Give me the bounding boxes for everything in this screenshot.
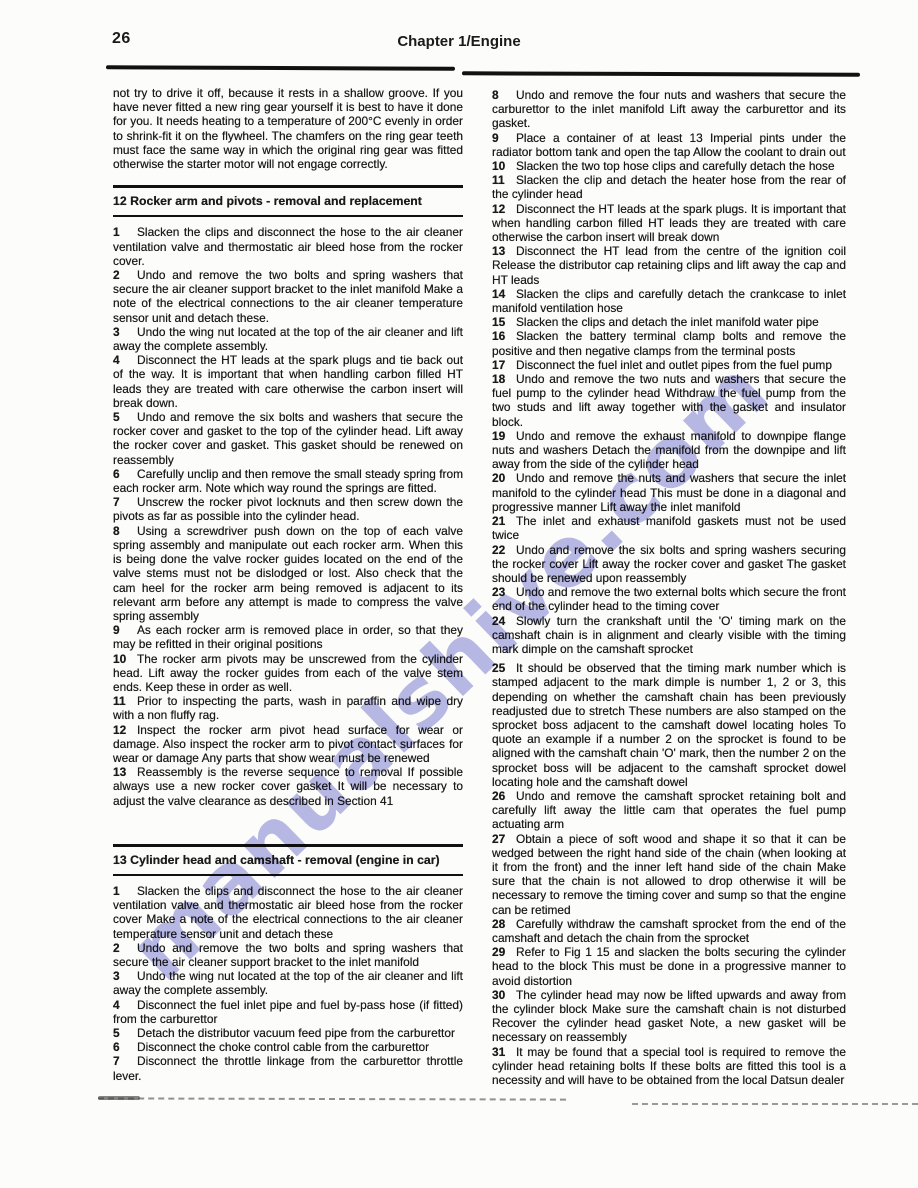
step-paragraph: 4Disconnect the fuel inlet pipe and fuel… bbox=[113, 998, 463, 1026]
step-text: Slacken the clips and detach the inlet m… bbox=[516, 315, 819, 329]
step-number: 5 bbox=[113, 1026, 137, 1040]
step-paragraph: 29Refer to Fig 1 15 and slacken the bolt… bbox=[492, 945, 846, 988]
step-paragraph: 28Carefully withdraw the camshaft sprock… bbox=[492, 917, 846, 945]
scan-smudge-blob bbox=[98, 1096, 140, 1100]
step-paragraph: 8Using a screwdriver push down on the to… bbox=[113, 524, 463, 623]
step-text: Disconnect the fuel inlet and outlet pip… bbox=[516, 358, 832, 372]
step-paragraph: 5Detach the distributor vacuum feed pipe… bbox=[113, 1026, 463, 1040]
step-number: 29 bbox=[492, 945, 516, 959]
step-paragraph: 26Undo and remove the camshaft sprocket … bbox=[492, 789, 846, 832]
step-number: 3 bbox=[113, 325, 137, 339]
step-text: Unscrew the rocker pivot locknuts and th… bbox=[113, 495, 463, 523]
step-number: 6 bbox=[113, 1040, 137, 1054]
step-text: Using a screwdriver push down on the top… bbox=[113, 524, 463, 623]
step-number: 20 bbox=[492, 471, 516, 485]
header-rule-right bbox=[462, 71, 860, 76]
step-text: Place a container of at least 13 Imperia… bbox=[492, 131, 846, 159]
step-text: The cylinder head may now be lifted upwa… bbox=[492, 988, 846, 1045]
step-number: 1 bbox=[113, 884, 137, 898]
step-number: 7 bbox=[113, 495, 137, 509]
step-number: 9 bbox=[113, 623, 137, 637]
step-paragraph: 13Disconnect the HT lead from the centre… bbox=[492, 244, 846, 287]
step-paragraph: 7Unscrew the rocker pivot locknuts and t… bbox=[113, 495, 463, 523]
step-number: 10 bbox=[113, 652, 137, 666]
step-paragraph: 3Undo the wing nut located at the top of… bbox=[113, 325, 463, 353]
step-text: Slacken the clips and carefully detach t… bbox=[492, 287, 846, 315]
step-number: 7 bbox=[113, 1054, 137, 1068]
step-paragraph: 4Disconnect the HT leads at the spark pl… bbox=[113, 353, 463, 410]
step-paragraph: 31It may be found that a special tool is… bbox=[492, 1045, 846, 1088]
step-number: 30 bbox=[492, 988, 516, 1002]
step-number: 4 bbox=[113, 353, 137, 367]
step-number: 8 bbox=[492, 88, 516, 102]
step-number: 19 bbox=[492, 429, 516, 443]
step-paragraph: 17Disconnect the fuel inlet and outlet p… bbox=[492, 358, 846, 372]
step-number: 11 bbox=[492, 173, 516, 187]
step-text: Undo and remove the two bolts and spring… bbox=[113, 268, 463, 325]
intro-paragraph: not try to drive it off, because it rest… bbox=[113, 86, 463, 171]
step-paragraph: 25It should be observed that the timing … bbox=[492, 661, 846, 789]
step-paragraph: 2Undo and remove the two bolts and sprin… bbox=[113, 268, 463, 325]
step-text: Undo and remove the six bolts and washer… bbox=[113, 410, 463, 467]
step-paragraph: 8Undo and remove the four nuts and washe… bbox=[492, 88, 846, 131]
step-text: Carefully unclip and then remove the sma… bbox=[113, 467, 463, 495]
step-text: Disconnect the choke control cable from … bbox=[137, 1040, 429, 1054]
step-number: 5 bbox=[113, 410, 137, 424]
step-paragraph: 9Place a container of at least 13 Imperi… bbox=[492, 131, 846, 159]
step-number: 18 bbox=[492, 372, 516, 386]
step-number: 15 bbox=[492, 315, 516, 329]
step-paragraph: 14Slacken the clips and carefully detach… bbox=[492, 287, 846, 315]
step-paragraph: 11Slacken the clip and detach the heater… bbox=[492, 173, 846, 201]
step-number: 9 bbox=[492, 131, 516, 145]
scan-smudge-left bbox=[98, 1097, 566, 1100]
step-number: 2 bbox=[113, 268, 137, 282]
step-paragraph: 6Disconnect the choke control cable from… bbox=[113, 1040, 463, 1054]
step-number: 13 bbox=[492, 244, 516, 258]
header-rule-left bbox=[106, 65, 455, 71]
step-number: 21 bbox=[492, 514, 516, 528]
step-text: Disconnect the HT leads at the spark plu… bbox=[113, 353, 463, 410]
step-paragraph: 12Disconnect the HT leads at the spark p… bbox=[492, 202, 846, 245]
step-number: 16 bbox=[492, 329, 516, 343]
step-text: It should be observed that the timing ma… bbox=[492, 661, 846, 789]
step-number: 3 bbox=[113, 969, 137, 983]
step-number: 26 bbox=[492, 789, 516, 803]
step-text: Carefully withdraw the camshaft sprocket… bbox=[492, 917, 846, 945]
step-text: Detach the distributor vacuum feed pipe … bbox=[137, 1026, 455, 1040]
step-number: 11 bbox=[113, 694, 137, 708]
step-text: Disconnect the fuel inlet pipe and fuel … bbox=[113, 998, 463, 1026]
step-number: 31 bbox=[492, 1045, 516, 1059]
step-number: 28 bbox=[492, 917, 516, 931]
step-number: 6 bbox=[113, 467, 137, 481]
step-text: Disconnect the HT leads at the spark plu… bbox=[492, 202, 846, 244]
step-text: Disconnect the throttle linkage from the… bbox=[113, 1054, 463, 1082]
step-number: 27 bbox=[492, 832, 516, 846]
step-paragraph: 15Slacken the clips and detach the inlet… bbox=[492, 315, 846, 329]
step-paragraph: 16Slacken the battery terminal clamp bol… bbox=[492, 329, 846, 357]
chapter-title: Chapter 1/Engine bbox=[0, 33, 918, 50]
manual-page: 26 Chapter 1/Engine not try to drive it … bbox=[0, 0, 918, 1188]
step-number: 17 bbox=[492, 358, 516, 372]
step-number: 14 bbox=[492, 287, 516, 301]
section-12-heading: 12 Rocker arm and pivots - removal and r… bbox=[113, 185, 463, 217]
step-paragraph: 6Carefully unclip and then remove the sm… bbox=[113, 467, 463, 495]
step-text: Undo the wing nut located at the top of … bbox=[113, 325, 463, 353]
step-paragraph: 30The cylinder head may now be lifted up… bbox=[492, 988, 846, 1045]
step-number: 1 bbox=[113, 225, 137, 239]
step-number: 8 bbox=[113, 524, 137, 538]
step-text: Undo and remove the four nuts and washer… bbox=[492, 88, 846, 130]
step-text: Disconnect the HT lead from the centre o… bbox=[492, 244, 846, 286]
step-number: 4 bbox=[113, 998, 137, 1012]
step-paragraph: 7Disconnect the throttle linkage from th… bbox=[113, 1054, 463, 1082]
step-text: Slacken the clip and detach the heater h… bbox=[492, 173, 846, 201]
step-text: It may be found that a special tool is r… bbox=[492, 1045, 846, 1087]
step-text: Slacken the clips and disconnect the hos… bbox=[113, 225, 463, 267]
step-number: 12 bbox=[113, 723, 137, 737]
step-number: 12 bbox=[492, 202, 516, 216]
step-paragraph: 1Slacken the clips and disconnect the ho… bbox=[113, 225, 463, 268]
step-text: Refer to Fig 1 15 and slacken the bolts … bbox=[492, 945, 846, 987]
step-paragraph: 5Undo and remove the six bolts and washe… bbox=[113, 410, 463, 467]
step-text: Obtain a piece of soft wood and shape it… bbox=[492, 832, 846, 917]
step-paragraph: 10Slacken the two top hose clips and car… bbox=[492, 159, 846, 173]
step-number: 10 bbox=[492, 159, 516, 173]
step-text: Slacken the battery terminal clamp bolts… bbox=[492, 329, 846, 357]
step-paragraph: 27Obtain a piece of soft wood and shape … bbox=[492, 832, 846, 917]
step-text: Slacken the two top hose clips and caref… bbox=[516, 159, 835, 173]
step-text: Undo and remove the camshaft sprocket re… bbox=[492, 789, 846, 831]
scan-smudge-right bbox=[632, 1103, 918, 1105]
step-number: 13 bbox=[113, 765, 137, 779]
